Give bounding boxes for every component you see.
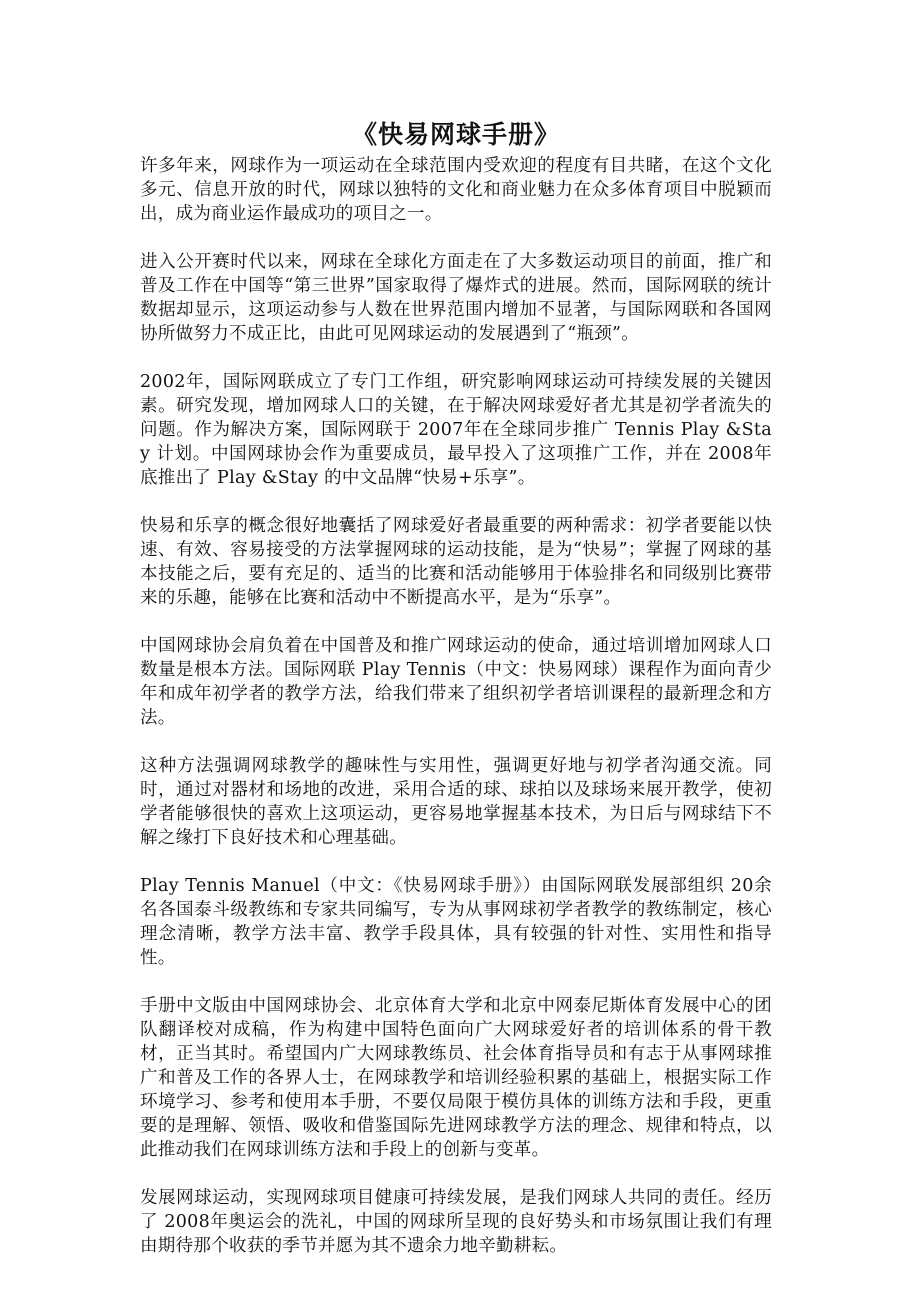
paragraph-closing: 发展网球运动，实现网球项目健康可持续发展，是我们网球人共同的责任。经历了 200…: [140, 1186, 772, 1258]
paragraph-kuaiyi-lexiang-concept: 快易和乐享的概念很好地囊括了网球爱好者最重要的两种需求：初学者要能以快速、有效、…: [140, 514, 772, 610]
paragraph-cta-mission: 中国网球协会肩负着在中国普及和推广网球运动的使命，通过培训增加网球人口数量是根本…: [140, 634, 772, 730]
paragraph-manual-description: Play Tennis Manuel（中文：《快易网球手册》）由国际网联发展部组…: [140, 874, 772, 970]
paragraph-open-era: 进入公开赛时代以来，网球在全球化方面走在了大多数运动项目的前面，推广和普及工作在…: [140, 250, 772, 346]
document-title: 《快易网球手册》: [140, 118, 772, 154]
paragraph-intro: 许多年来，网球作为一项运动在全球范围内受欢迎的程度有目共睹，在这个文化多元、信息…: [140, 154, 772, 226]
paragraph-chinese-edition: 手册中文版由中国网球协会、北京体育大学和北京中网泰尼斯体育发展中心的团队翻译校对…: [140, 994, 772, 1162]
paragraph-2002-working-group: 2002年，国际网联成立了专门工作组，研究影响网球运动可持续发展的关键因素。研究…: [140, 370, 772, 490]
document-page: 《快易网球手册》 许多年来，网球作为一项运动在全球范围内受欢迎的程度有目共睹，在…: [140, 118, 772, 1282]
paragraph-method-emphasis: 这种方法强调网球教学的趣味性与实用性，强调更好地与初学者沟通交流。同时，通过对器…: [140, 754, 772, 850]
